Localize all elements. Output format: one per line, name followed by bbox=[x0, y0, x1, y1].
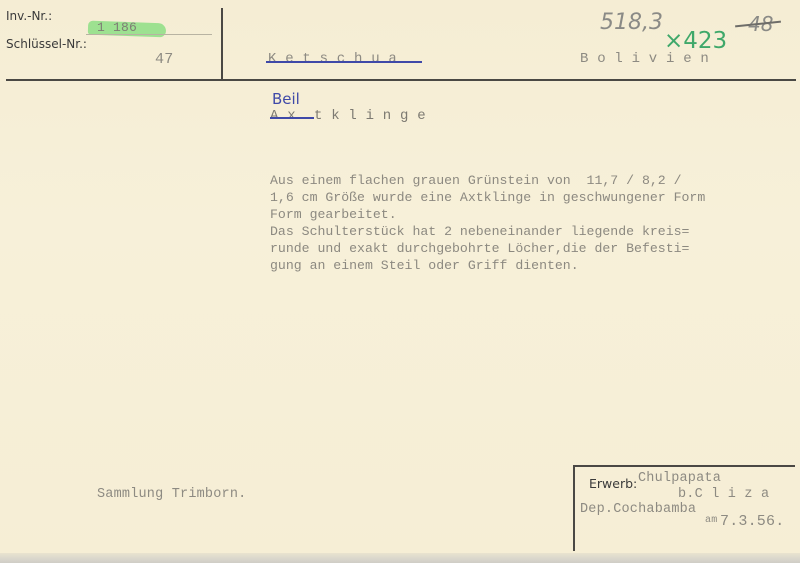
key-number-value: 47 bbox=[155, 51, 173, 68]
acquisition-date: 7.3.56. bbox=[720, 513, 784, 530]
description-line: gung an einem Steil oder Griff dienten. bbox=[270, 257, 705, 274]
object-correction-beil: Beil bbox=[272, 90, 300, 108]
object-description: Aus einem flachen grauen Grünstein von 1… bbox=[270, 172, 705, 274]
tribe-name-struck: K e t s c h u a bbox=[268, 51, 397, 67]
acquisition-box-top-rule bbox=[573, 465, 795, 467]
inventory-number-underline bbox=[86, 34, 212, 35]
key-number-label: Schlüssel-Nr.: bbox=[6, 37, 87, 51]
tribe-strikethrough bbox=[266, 61, 422, 63]
collection-name: Sammlung Trimborn. bbox=[97, 487, 246, 502]
acquisition-label: Erwerb: bbox=[589, 476, 637, 491]
acquisition-department: Dep.Cochabamba bbox=[580, 502, 696, 517]
header-rule bbox=[6, 79, 796, 81]
acquisition-box-left-rule bbox=[573, 465, 575, 551]
object-name-struck-prefix: A x bbox=[270, 108, 296, 124]
acquisition-near: b.C l i z a bbox=[678, 487, 769, 502]
description-line: runde und exakt durchgebohrte Löcher,die… bbox=[270, 240, 705, 257]
description-line: Aus einem flachen grauen Grünstein von 1… bbox=[270, 172, 705, 189]
object-name-rest: t k l i n g e bbox=[314, 108, 426, 124]
acquisition-place: Chulpapata bbox=[638, 471, 721, 486]
inventory-number-label: Inv.-Nr.: bbox=[6, 9, 52, 23]
object-strikethrough bbox=[270, 117, 314, 119]
acquisition-date-prefix: am bbox=[705, 515, 717, 526]
card-bottom-edge bbox=[0, 553, 800, 563]
green-number-annotation: ×423 bbox=[664, 28, 727, 54]
inventory-number-value: 1 186 bbox=[97, 20, 137, 35]
inventory-card: Inv.-Nr.: 1 186 Schlüssel-Nr.: 47 K e t … bbox=[0, 0, 800, 563]
description-line: 1,6 cm Größe wurde eine Axtklinge in ges… bbox=[270, 189, 705, 206]
pencil-number-annotation: 518,3 bbox=[600, 10, 663, 35]
description-line: Das Schulterstück hat 2 nebeneinander li… bbox=[270, 223, 705, 240]
header-divider-vertical bbox=[221, 8, 223, 80]
description-line: Form gearbeitet. bbox=[270, 206, 705, 223]
